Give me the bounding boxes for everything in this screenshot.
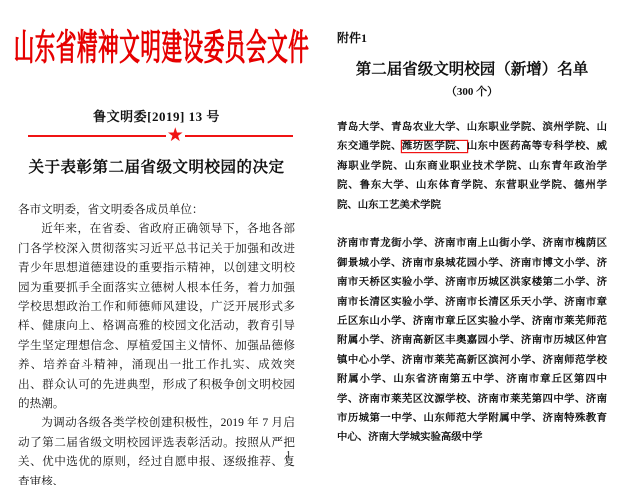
document-canvas: 山东省精神文明建设委员会文件 鲁文明委[2019] 13 号 ★ 关于表彰第二届…: [0, 0, 639, 485]
list-title: 第二届省级文明校园（新增）名单: [337, 59, 607, 81]
body-paragraph-2: 为调动各级各类学校创建积极性，2019 年 7 月启动了第二届省级文明校园评选表…: [18, 413, 295, 485]
page-left: 山东省精神文明建设委员会文件 鲁文明委[2019] 13 号 ★ 关于表彰第二届…: [18, 0, 295, 485]
decision-title: 关于表彰第二届省级文明校园的决定: [18, 158, 295, 178]
universities-paragraph: 青岛大学、青岛农业大学、山东职业学院、滨州学院、山东交通学院、潍坊医学院、山东中…: [337, 118, 607, 215]
divider-line-left: [28, 135, 166, 137]
body-paragraph-1: 近年来，在省委、省政府正确领导下，各地各部门各学校深入贯彻落实习近平总书记关于加…: [18, 219, 295, 413]
doc-body: 各市文明委，省文明委各成员单位： 近年来，在省委、省政府正确领导下，各地各部门各…: [18, 200, 295, 485]
doc-number: 鲁文明委[2019] 13 号: [18, 109, 295, 125]
letterhead: 山东省精神文明建设委员会文件: [18, 38, 295, 62]
attachment-label: 附件1: [337, 30, 367, 46]
red-star-icon: ★: [166, 128, 185, 144]
salutation: 各市文明委，省文明委各成员单位：: [18, 200, 295, 219]
jinan-schools-paragraph: 济南市青龙街小学、济南市南上山街小学、济南市槐荫区御景城小学、济南市泉城花园小学…: [337, 234, 607, 447]
divider-line-right: [185, 135, 293, 137]
list-body: 青岛大学、青岛农业大学、山东职业学院、滨州学院、山东交通学院、潍坊医学院、山东中…: [337, 118, 607, 448]
star-divider: ★: [28, 128, 293, 144]
highlighted-school: 潍坊医学院、: [402, 141, 467, 152]
page-right: 附件1 第二届省级文明校园（新增）名单 （300 个） 青岛大学、青岛农业大学、…: [337, 0, 607, 485]
list-count-subtitle: （300 个）: [337, 84, 607, 100]
letterhead-title: 山东省精神文明建设委员会文件: [14, 29, 310, 70]
page-number: 1: [286, 450, 291, 462]
